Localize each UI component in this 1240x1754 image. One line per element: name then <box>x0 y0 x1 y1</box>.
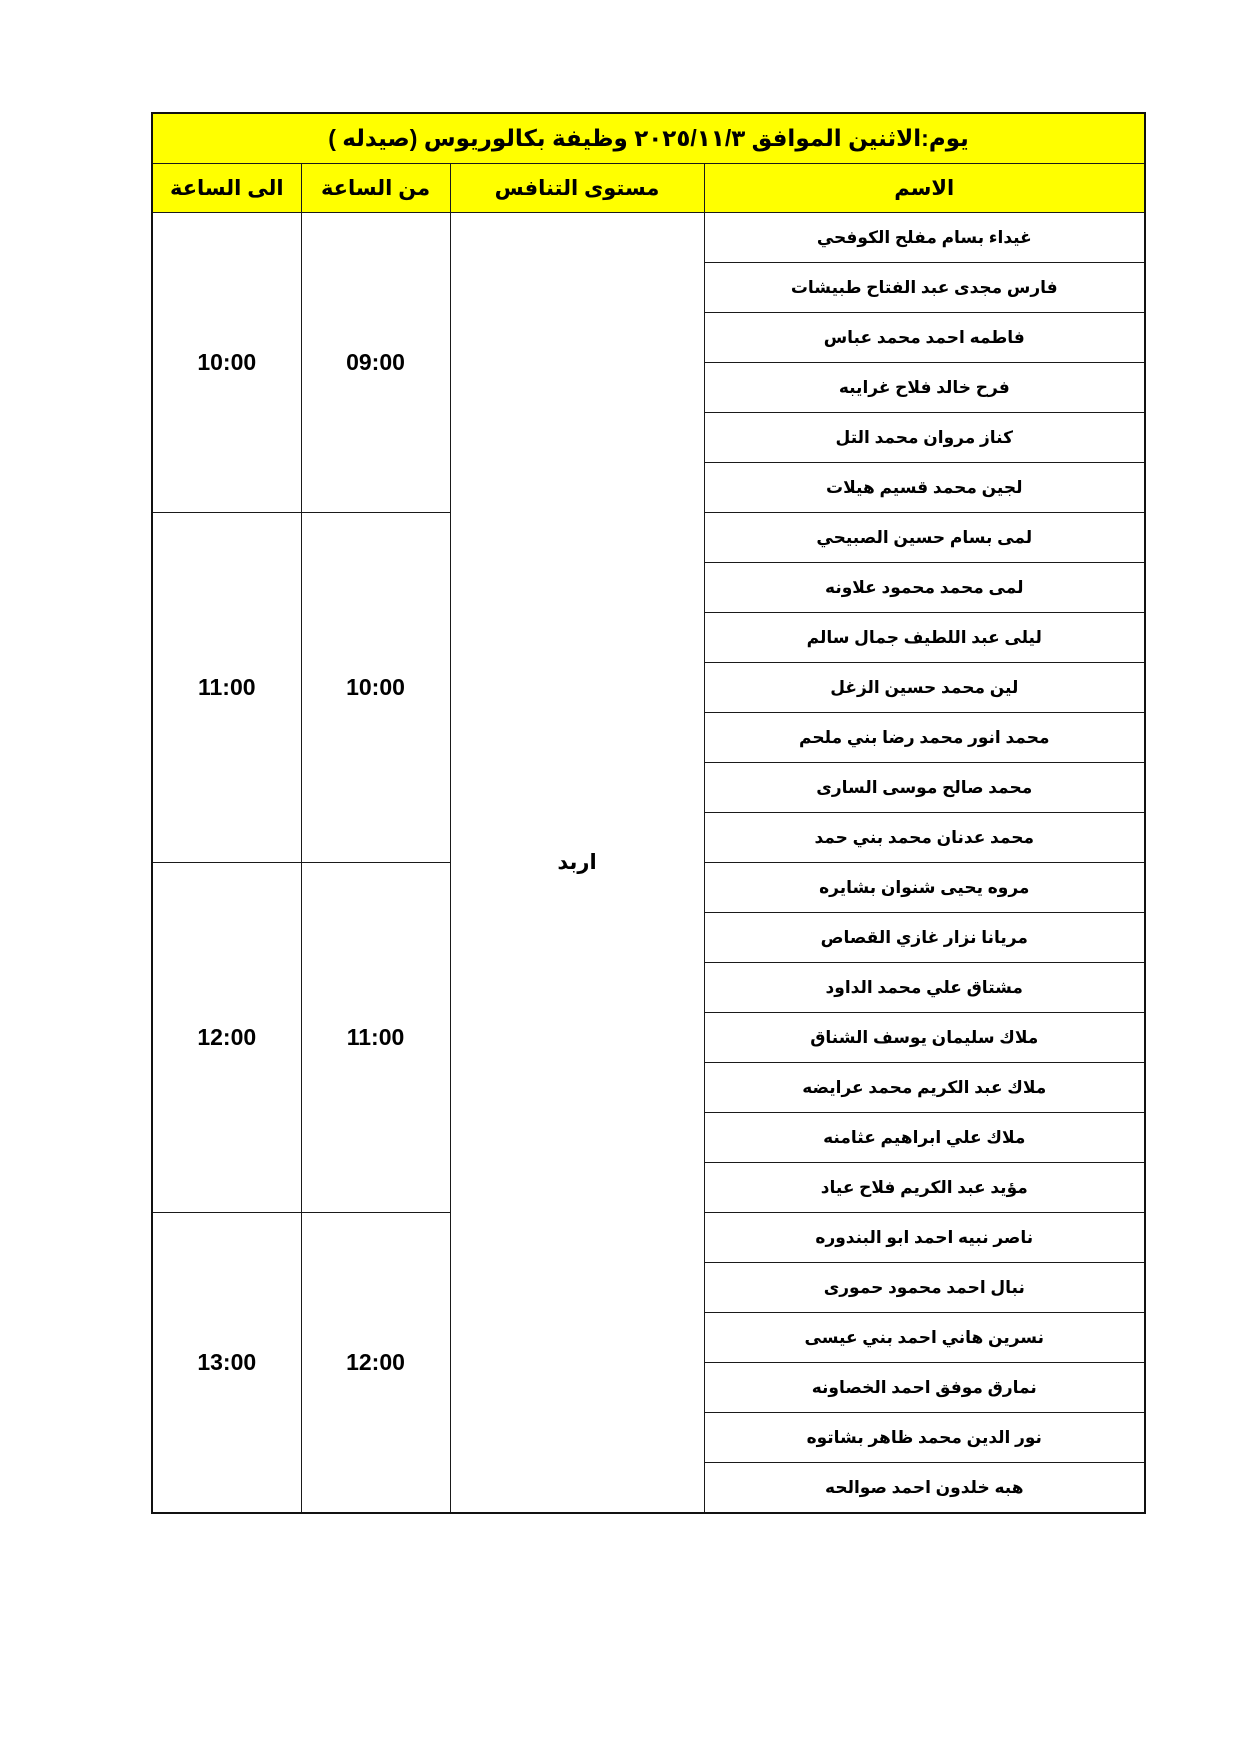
time-to: 10:00 <box>152 213 301 513</box>
candidate-name: نور الدين محمد ظاهر بشاتوه <box>704 1413 1145 1463</box>
candidate-name: نمارق موفق احمد الخصاونه <box>704 1363 1145 1413</box>
candidate-name: مريانا نزار غازي القصاص <box>704 913 1145 963</box>
candidate-name: فارس مجدى عبد الفتاح طبيشات <box>704 263 1145 313</box>
time-from: 10:00 <box>301 513 450 863</box>
candidate-name: لين محمد حسين الزغل <box>704 663 1145 713</box>
time-from: 11:00 <box>301 863 450 1213</box>
candidate-name: ملاك سليمان يوسف الشناق <box>704 1013 1145 1063</box>
candidate-name: مروه يحيى شنوان بشايره <box>704 863 1145 913</box>
candidate-name: لجين محمد قسيم هيلات <box>704 463 1145 513</box>
candidate-name: ليلى عبد اللطيف جمال سالم <box>704 613 1145 663</box>
time-to: 13:00 <box>152 1213 301 1514</box>
candidate-name: فاطمه احمد محمد عباس <box>704 313 1145 363</box>
candidate-name: مؤيد عبد الكريم فلاح عياد <box>704 1163 1145 1213</box>
table-row: غيداء بسام مفلح الكوفحي اربد 09:00 10:00 <box>152 213 1145 263</box>
candidate-name: لمى بسام حسين الصبيحي <box>704 513 1145 563</box>
header-row: الاسم مستوى التنافس من الساعة الى الساعة <box>152 164 1145 213</box>
time-from: 09:00 <box>301 213 450 513</box>
time-to: 12:00 <box>152 863 301 1213</box>
candidate-name: محمد عدنان محمد بني حمد <box>704 813 1145 863</box>
schedule-body: غيداء بسام مفلح الكوفحي اربد 09:00 10:00… <box>152 213 1145 1514</box>
header-from: من الساعة <box>301 164 450 213</box>
schedule-table: يوم:الاثنين الموافق ٢٠٢٥/١١/٣ وظيفة بكال… <box>151 112 1146 1514</box>
candidate-name: نسرين هاني احمد بني عيسى <box>704 1313 1145 1363</box>
candidate-name: غيداء بسام مفلح الكوفحي <box>704 213 1145 263</box>
candidate-name: ملاك علي ابراهيم عثامنه <box>704 1113 1145 1163</box>
header-name: الاسم <box>704 164 1145 213</box>
candidate-name: ملاك عبد الكريم محمد عرايضه <box>704 1063 1145 1113</box>
candidate-name: هبه خلدون احمد صوالحه <box>704 1463 1145 1514</box>
candidate-name: محمد انور محمد رضا بني ملحم <box>704 713 1145 763</box>
schedule-sheet: يوم:الاثنين الموافق ٢٠٢٥/١١/٣ وظيفة بكال… <box>151 112 1144 1514</box>
candidate-name: مشتاق علي محمد الداود <box>704 963 1145 1013</box>
header-to: الى الساعة <box>152 164 301 213</box>
title-row: يوم:الاثنين الموافق ٢٠٢٥/١١/٣ وظيفة بكال… <box>152 113 1145 164</box>
candidate-name: نبال احمد محمود حمورى <box>704 1263 1145 1313</box>
candidate-name: لمى محمد محمود علاونه <box>704 563 1145 613</box>
competition-level: اربد <box>450 213 704 1514</box>
time-from: 12:00 <box>301 1213 450 1514</box>
candidate-name: محمد صالح موسى السارى <box>704 763 1145 813</box>
schedule-title: يوم:الاثنين الموافق ٢٠٢٥/١١/٣ وظيفة بكال… <box>152 113 1145 164</box>
candidate-name: كناز مروان محمد التل <box>704 413 1145 463</box>
time-to: 11:00 <box>152 513 301 863</box>
header-level: مستوى التنافس <box>450 164 704 213</box>
candidate-name: فرح خالد فلاح غرايبه <box>704 363 1145 413</box>
candidate-name: ناصر نبيه احمد ابو البندوره <box>704 1213 1145 1263</box>
